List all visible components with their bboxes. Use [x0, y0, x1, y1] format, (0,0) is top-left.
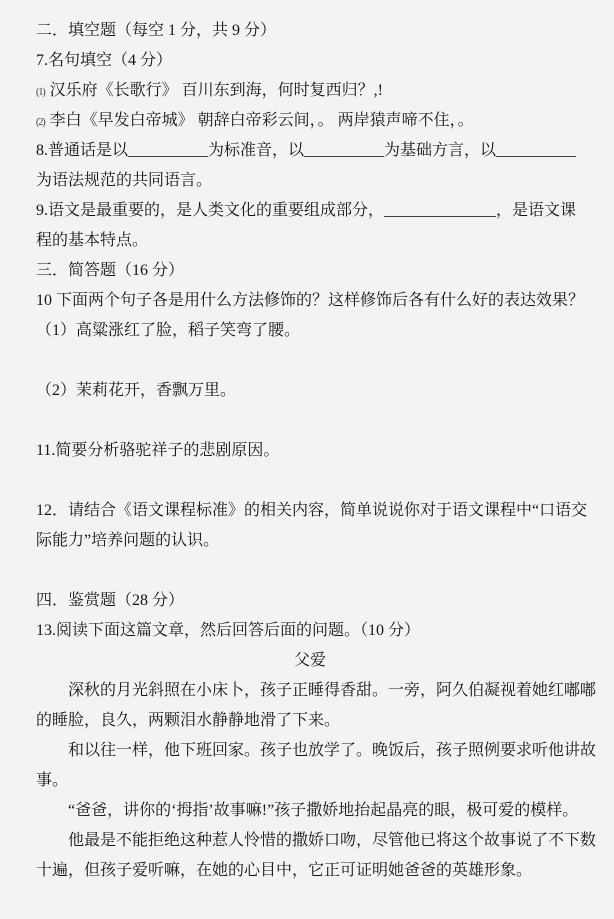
q8-line-1: 8.普通话是以__________为标准音，以__________为基础方言，以… [36, 136, 584, 166]
passage-line-7: 十遍，但孩子爱听嘛，在她的心目中，它正可证明她爸爸的英雄形象。 [36, 856, 584, 886]
exam-paper-page: 二．填空题（每空 1 分，共 9 分） 7.名句填空（4 分） (1)汉乐府《长… [0, 0, 614, 919]
passage-line-6: 他最是不能拒绝这种惹人怜惜的撒娇口吻，尽管他已将这个故事说了不下数 [36, 826, 584, 856]
q10-item-2: （2）茉莉花开，香飘万里。 [36, 376, 584, 406]
section-4-heading: 四．鉴赏题（28 分） [36, 586, 584, 616]
q7-item-2: (2)李白《早发白帝城》 朝辞白帝彩云间，。 两岸猿声啼不住，。 [36, 106, 584, 136]
q7-item-2-text: 李白《早发白帝城》 朝辞白帝彩云间，。 两岸猿声啼不住，。 [50, 112, 474, 129]
q10-stem: 10 下面两个句子各是用什么方法修饰的？这样修饰后各有什么好的表达效果？ [36, 286, 584, 316]
q7-item-1-marker: (1) [36, 87, 45, 98]
q11-stem: 11.简要分析骆驼祥子的悲剧原因。 [36, 436, 584, 466]
q7-item-2-marker: (2) [36, 117, 45, 128]
passage-line-2: 的睡脸，良久，两颗泪水静静地滑了下来。 [36, 706, 584, 736]
q12-line-1: 12．请结合《语文课程标准》的相关内容，简单说说你对于语文课程中“口语交 [36, 496, 584, 526]
q7-item-1: (1)汉乐府《长歌行》 百川东到海，何时复西归？,! [36, 76, 584, 106]
q9-line-1: 9.语文是最重要的，是人类文化的重要组成部分，______________，是语… [36, 196, 584, 226]
section-2-heading: 二．填空题（每空 1 分，共 9 分） [36, 16, 584, 46]
q8-line-2: 为语法规范的共同语言。 [36, 166, 584, 196]
passage-line-1: 深秋的月光斜照在小床卜，孩子正睡得香甜。一旁，阿久伯凝视着她红嘟嘟 [36, 676, 584, 706]
passage-line-4: 事。 [36, 766, 584, 796]
q12-line-2: 际能力”培养问题的认识。 [36, 526, 584, 556]
q9-line-2: 程的基本特点。 [36, 226, 584, 256]
passage-title: 父爱 [36, 646, 584, 676]
section-3-heading: 三．简答题（16 分） [36, 256, 584, 286]
q10-item-1: （1）高粱涨红了脸，稻子笑弯了腰。 [36, 316, 584, 346]
passage-line-5: “爸爸，讲你的‘拇指’故事嘛!”孩子撒娇地抬起晶亮的眼，极可爱的模样。 [36, 796, 584, 826]
q13-stem: 13.阅读下面这篇文章，然后回答后面的问题。（10 分） [36, 616, 584, 646]
q7-stem: 7.名句填空（4 分） [36, 46, 584, 76]
q7-item-1-text: 汉乐府《长歌行》 百川东到海，何时复西归？,! [50, 82, 383, 99]
passage-line-3: 和以往一样，他下班回家。孩子也放学了。晚饭后，孩子照例要求听他讲故 [36, 736, 584, 766]
